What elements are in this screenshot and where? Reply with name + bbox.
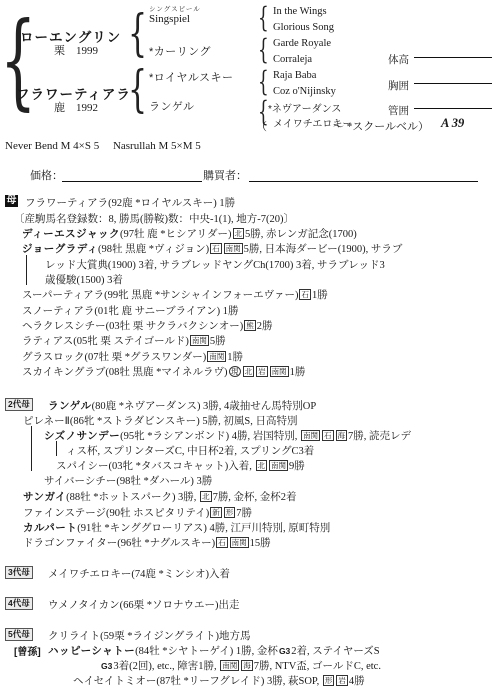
record-line: サイバーシチー(98牡 *ダハール) 3勝: [0, 473, 500, 488]
generation-label: [曾孫]: [14, 643, 41, 658]
record-text: 歳優駿(1500) 3着: [45, 272, 123, 287]
grade-badge: G3: [101, 661, 112, 671]
record-line: サンガイ(88牡 *ホットスパーク) 3勝, 北7勝, 金杯, 金杯2着: [0, 489, 500, 504]
text-segment: ドラゴンファイター(96牡 *ナグルスキー): [23, 538, 215, 549]
horse-name: ランゲル: [48, 400, 92, 412]
text-segment: 5勝: [210, 336, 226, 347]
tree-line: [31, 426, 32, 441]
record-text: スカイキングラブ(08牡 黒鹿 *マイネルラヴ)現北岩南関1勝: [22, 364, 305, 379]
region-box: 形: [323, 675, 335, 686]
record-text: 〔産駒馬名登録数：8, 勝馬(勝鞍)数：中央-1(1), 地方-7(20)〕: [14, 211, 294, 226]
region-box: 南関: [224, 243, 243, 254]
record-text: スパイシー(03牝 *タバスコキャット)入着, 北南関9勝: [56, 458, 305, 473]
text-segment: ィス杯, スプリンターズC, 中日杯2着, スプリングC3着: [66, 446, 314, 457]
text-segment: 3着(2回), etc., 障害1勝,: [113, 661, 219, 672]
text-segment: 〔産駒馬名登録数：8, 勝馬(勝鞍)数：中央-1(1), 地方-7(20)〕: [14, 214, 294, 225]
tree-line: [31, 456, 32, 471]
text-segment: クリライト(59栗 *ライジングライト)地方馬: [48, 631, 250, 642]
text-segment: スーパーティアラ(99牝 黒鹿 *サンシャインフォーエヴァー): [22, 290, 298, 301]
horse-name: ハッピーシャトー: [48, 645, 135, 657]
record-line: ラティアス(05牝 栗 ステイゴールド)南関5勝: [0, 333, 500, 348]
horse-name: サンガイ: [23, 491, 66, 503]
record-text: ウメノタイカン(66栗 *ソロナウエー)出走: [48, 597, 239, 612]
record-line: 歳優駿(1500) 3着: [0, 272, 500, 287]
text-segment: 7勝: [236, 508, 252, 519]
record-line: レッド大賞典(1900) 3着, サラブレッドヤングCh(1700) 3着, サ…: [0, 257, 500, 272]
region-box: 新: [210, 507, 222, 518]
region-box: 海: [241, 660, 253, 671]
text-segment: 5勝, 日本海ダービー(1900), サラブ: [244, 244, 403, 255]
record-line: 2代母ランゲル(80鹿 *ネヴアーダンス) 3勝, 4歳抽せん馬特別OP: [0, 398, 500, 413]
record-line: ピレネーⅡ(86牝 *ストラダビンスキー) 5勝, 初風S, 日高特別: [0, 413, 500, 428]
text-segment: 4勝: [349, 676, 365, 687]
region-box: 海: [336, 430, 348, 441]
record-line: ドラゴンファイター(96牡 *ナグルスキー)石南関15勝: [0, 535, 500, 550]
record-text: ヘイセイトミオー(87牡 *リーフグレイド) 3勝, 萩SOP, 形岩4勝: [73, 673, 365, 688]
record-line: G33着(2回), etc., 障害1勝, 南関海7勝, NTV盃, ゴールドC…: [0, 658, 500, 673]
text-segment: フラワーティアラ(92鹿 *ロイヤルスキー) 1勝: [25, 198, 235, 209]
record-line: [曾孫]ハッピーシャトー(84牡 *シヤトーゲイ) 1勝, 金杯G32着, ステ…: [0, 643, 500, 658]
record-text: ヘラクレスシチー(03牡 栗 サクラバクシンオー)熊2勝: [22, 318, 273, 333]
record-line: ジョーグラディ(98牡 黒鹿 *ヴィジョン)石南関5勝, 日本海ダービー(190…: [0, 241, 500, 256]
text-segment: スパイシー(03牝 *タバスコキャット)入着,: [56, 461, 255, 472]
record-text: ジョーグラディ(98牡 黒鹿 *ヴィジョン)石南関5勝, 日本海ダービー(190…: [22, 241, 402, 256]
record-line: 3代母メイワチエロキー(74鹿 *ミンシオ)入着: [0, 566, 500, 581]
record-line: ヘイセイトミオー(87牡 *リーフグレイド) 3勝, 萩SOP, 形岩4勝: [0, 673, 500, 688]
region-box: 石: [216, 537, 228, 548]
record-text: レッド大賞典(1900) 3着, サラブレッドヤングCh(1700) 3着, サ…: [45, 257, 385, 272]
text-segment: 歳優駿(1500) 3着: [45, 275, 123, 286]
horse-name: ディーエスジャック: [22, 228, 120, 240]
text-segment: 7勝, 読売レデ: [348, 431, 411, 442]
record-text: ランゲル(80鹿 *ネヴアーダンス) 3勝, 4歳抽せん馬特別OP: [48, 398, 316, 413]
region-box: 石: [210, 243, 222, 254]
record-line: 〔産駒馬名登録数：8, 勝馬(勝鞍)数：中央-1(1), 地方-7(20)〕: [0, 211, 500, 226]
record-text: ィス杯, スプリンターズC, 中日杯2着, スプリングC3着: [66, 443, 314, 458]
record-text: フラワーティアラ(92鹿 *ロイヤルスキー) 1勝: [25, 195, 235, 210]
region-box: 南関: [301, 430, 320, 441]
region-box: 南関: [220, 660, 239, 671]
text-segment: サイバーシチー(98牡 *ダハール) 3勝: [44, 476, 212, 487]
text-segment: 5勝, 赤レンガ記念(1700): [245, 229, 357, 240]
text-segment: 7勝, 金杯, 金杯2着: [213, 492, 297, 503]
record-line: ファインステージ(90牡 ホスピタリテイ)新形7勝: [0, 505, 500, 520]
record-line: 4代母ウメノタイカン(66栗 *ソロナウエー)出走: [0, 597, 500, 612]
text-segment: ファインステージ(90牡 ホスピタリテイ): [23, 508, 209, 519]
text-segment: 1勝: [227, 352, 243, 363]
text-segment: ヘイセイトミオー(87牡 *リーフグレイド) 3勝, 萩SOP,: [73, 676, 322, 687]
record-text: グラスロック(07牡 栗 *グラスワンダー)南関1勝: [22, 349, 243, 364]
status-circle: 現: [229, 366, 241, 377]
text-segment: ピレネーⅡ(86牝 *ストラダビンスキー) 5勝, 初風S, 日高特別: [23, 416, 298, 427]
generation-label: 4代母: [5, 597, 33, 610]
record-line: スーパーティアラ(99牝 黒鹿 *サンシャインフォーエヴァー)石1勝: [0, 287, 500, 302]
region-box: 南関: [207, 351, 226, 362]
record-text: ドラゴンファイター(96牡 *ナグルスキー)石南関15勝: [23, 535, 271, 550]
region-box: 岩: [336, 675, 348, 686]
text-segment: グラスロック(07牡 栗 *グラスワンダー): [22, 352, 206, 363]
text-segment: 9勝: [289, 461, 305, 472]
record-text: ラティアス(05牝 栗 ステイゴールド)南関5勝: [22, 333, 226, 348]
text-segment: ラティアス(05牝 栗 ステイゴールド): [22, 336, 189, 347]
record-text: サンガイ(88牡 *ホットスパーク) 3勝, 北7勝, 金杯, 金杯2着: [23, 489, 297, 504]
record-text: クリライト(59栗 *ライジングライト)地方馬: [48, 628, 250, 643]
region-box: 南関: [230, 537, 249, 548]
text-segment: スノーティアラ(01牝 鹿 サニーブライアン) 1勝: [22, 306, 238, 317]
record-line: シズノサンデー(95牝 *ラシアンボンド) 4勝, 岩国特別, 南関石海7勝, …: [0, 428, 500, 443]
record-text: シズノサンデー(95牝 *ラシアンボンド) 4勝, 岩国特別, 南関石海7勝, …: [44, 428, 411, 443]
text-segment: (97牡 鹿 *ヒシアリダー): [120, 229, 232, 240]
region-box: 北: [233, 228, 245, 239]
text-segment: (98牡 黒鹿 *ヴィジョン): [98, 244, 209, 255]
region-box: 石: [299, 289, 311, 300]
horse-name: カルパート: [23, 522, 77, 534]
record-line: 母フラワーティアラ(92鹿 *ロイヤルスキー) 1勝: [0, 195, 500, 210]
horse-name: ジョーグラディ: [22, 243, 98, 255]
tree-line: [26, 270, 27, 285]
record-text: ファインステージ(90牡 ホスピタリテイ)新形7勝: [23, 505, 252, 520]
record-line: スノーティアラ(01牝 鹿 サニーブライアン) 1勝: [0, 303, 500, 318]
text-segment: 2着, ステイヤーズS: [291, 646, 379, 657]
region-box: 熊: [244, 320, 256, 331]
text-segment: 1勝: [290, 367, 306, 378]
region-box: 北: [256, 460, 268, 471]
text-segment: ウメノタイカン(66栗 *ソロナウエー)出走: [48, 600, 239, 611]
region-box: 北: [243, 366, 255, 377]
text-segment: スカイキングラブ(08牡 黒鹿 *マイネルラヴ): [22, 367, 228, 378]
record-text: サイバーシチー(98牡 *ダハール) 3勝: [44, 473, 212, 488]
region-box: 北: [200, 491, 212, 502]
text-segment: 2勝: [257, 321, 273, 332]
record-line: スパイシー(03牝 *タバスコキャット)入着, 北南関9勝: [0, 458, 500, 473]
region-box: 南関: [190, 335, 209, 346]
text-segment: 1勝: [312, 290, 328, 301]
record-line: ィス杯, スプリンターズC, 中日杯2着, スプリングC3着: [0, 443, 500, 458]
record-text: ピレネーⅡ(86牝 *ストラダビンスキー) 5勝, 初風S, 日高特別: [23, 413, 298, 428]
record-text: G33着(2回), etc., 障害1勝, 南関海7勝, NTV盃, ゴールドC…: [100, 658, 381, 673]
region-box: 石: [322, 430, 334, 441]
record-text: スーパーティアラ(99牝 黒鹿 *サンシャインフォーエヴァー)石1勝: [22, 287, 328, 302]
text-segment: (88牡 *ホットスパーク) 3勝,: [66, 492, 199, 503]
region-box: 形: [224, 507, 236, 518]
text-segment: レッド大賞典(1900) 3着, サラブレッドヤングCh(1700) 3着, サ…: [45, 260, 385, 271]
produce-record: 母フラワーティアラ(92鹿 *ロイヤルスキー) 1勝〔産駒馬名登録数：8, 勝馬…: [0, 0, 500, 688]
grade-badge: G3: [279, 646, 290, 656]
text-segment: (95牝 *ラシアンボンド) 4勝, 岩国特別,: [120, 431, 300, 442]
text-segment: メイワチエロキー(74鹿 *ミンシオ)入着: [48, 569, 230, 580]
tree-line: [26, 255, 27, 270]
text-segment: (80鹿 *ネヴアーダンス) 3勝, 4歳抽せん馬特別OP: [92, 401, 317, 412]
record-line: グラスロック(07牡 栗 *グラスワンダー)南関1勝: [0, 349, 500, 364]
text-segment: (91牡 *キンググローリアス) 4勝, 江戸川特別, 原町特別: [77, 523, 330, 534]
region-box: 南関: [269, 460, 288, 471]
pedigree-catalog-page: { { { { { { { ローエングリン 栗 1999 フラワーティアラ 鹿 …: [0, 0, 500, 688]
record-line: スカイキングラブ(08牡 黒鹿 *マイネルラヴ)現北岩南関1勝: [0, 364, 500, 379]
record-line: ヘラクレスシチー(03牡 栗 サクラバクシンオー)熊2勝: [0, 318, 500, 333]
record-line: カルパート(91牡 *キンググローリアス) 4勝, 江戸川特別, 原町特別: [0, 520, 500, 535]
record-text: カルパート(91牡 *キンググローリアス) 4勝, 江戸川特別, 原町特別: [23, 520, 330, 535]
text-segment: 15勝: [250, 538, 271, 549]
record-text: メイワチエロキー(74鹿 *ミンシオ)入着: [48, 566, 230, 581]
region-box: 岩: [256, 366, 268, 377]
generation-label: 5代母: [5, 628, 33, 641]
record-text: ハッピーシャトー(84牡 *シヤトーゲイ) 1勝, 金杯G32着, ステイヤーズ…: [48, 643, 380, 658]
tree-line: [31, 441, 32, 456]
generation-label: 3代母: [5, 566, 33, 579]
generation-label: 2代母: [5, 398, 33, 411]
record-text: スノーティアラ(01牝 鹿 サニーブライアン) 1勝: [22, 303, 238, 318]
text-segment: 7勝, NTV盃, ゴールドC, etc.: [254, 661, 381, 672]
generation-label: 母: [5, 195, 18, 207]
tree-line: [56, 441, 57, 456]
text-segment: (84牡 *シヤトーゲイ) 1勝, 金杯: [135, 646, 278, 657]
record-line: 5代母クリライト(59栗 *ライジングライト)地方馬: [0, 628, 500, 643]
region-box: 南関: [270, 366, 289, 377]
record-text: ディーエスジャック(97牡 鹿 *ヒシアリダー)北5勝, 赤レンガ記念(1700…: [22, 226, 357, 241]
record-line: ディーエスジャック(97牡 鹿 *ヒシアリダー)北5勝, 赤レンガ記念(1700…: [0, 226, 500, 241]
text-segment: ヘラクレスシチー(03牡 栗 サクラバクシンオー): [22, 321, 243, 332]
